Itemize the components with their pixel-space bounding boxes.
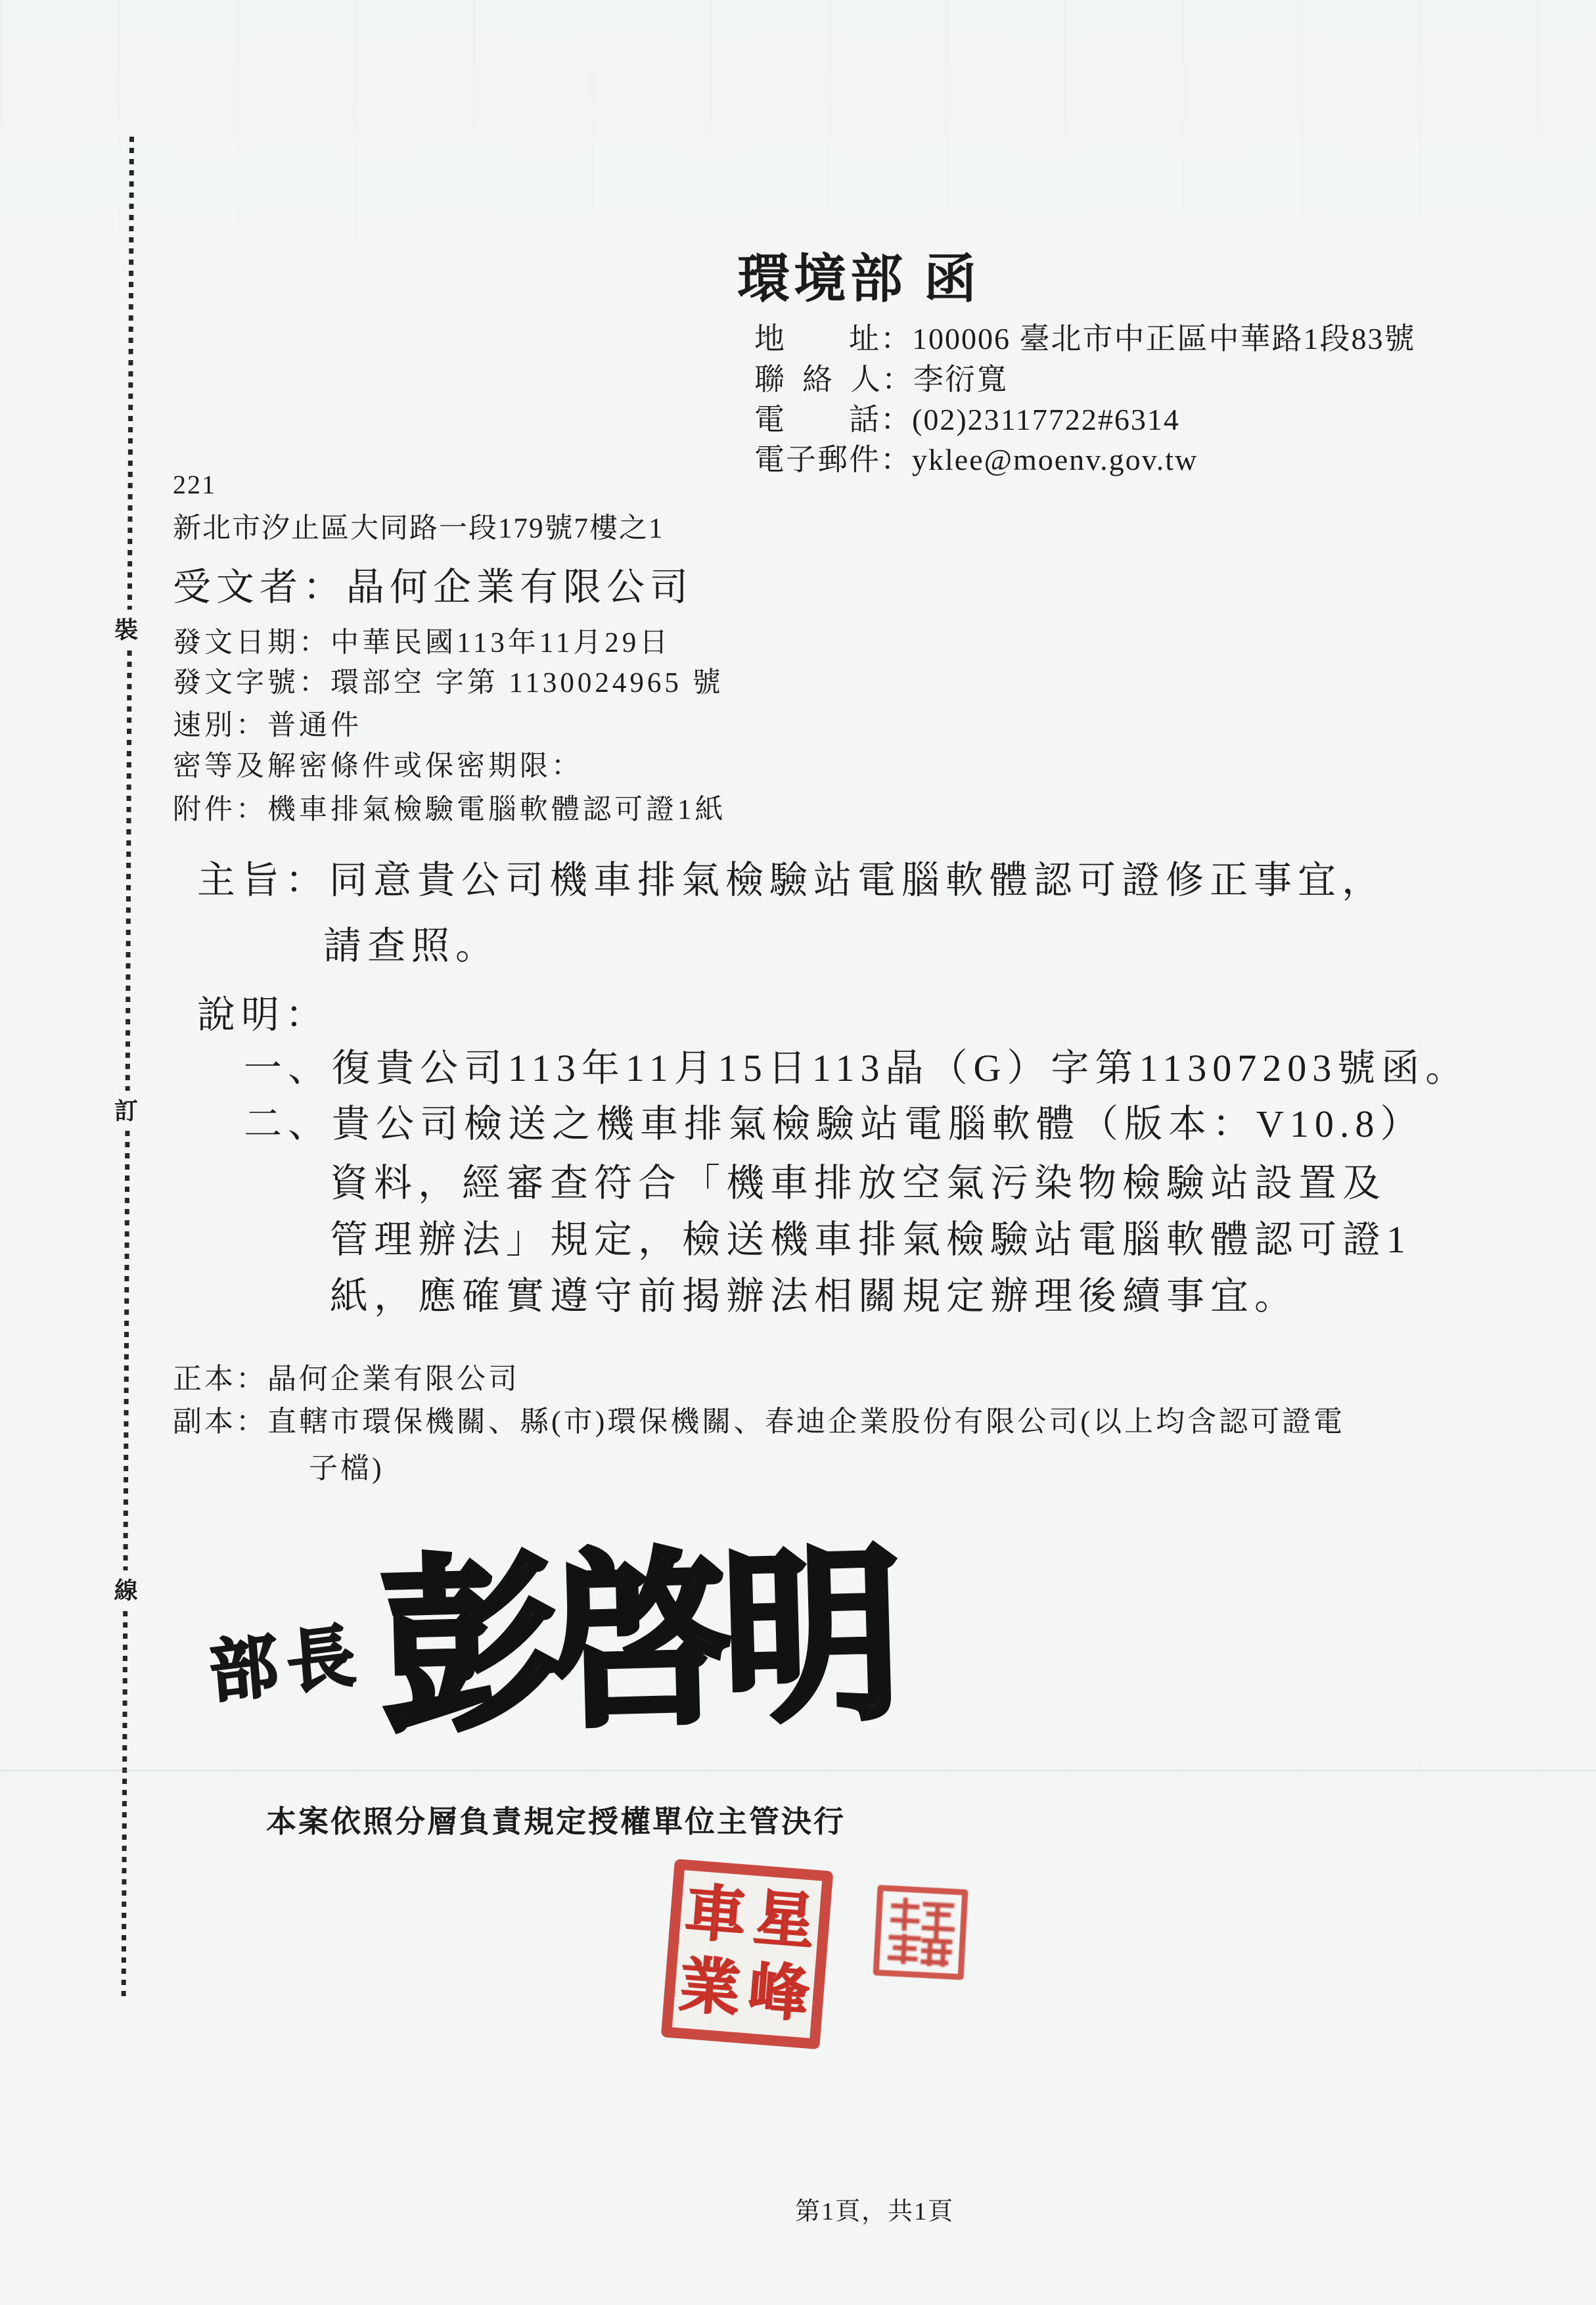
page-number-footer: 第1頁，共1頁: [795, 2191, 954, 2227]
copy-cc-line-1: 副本：直轄市環保機關、縣(市)環保機關、春迪企業股份有限公司(以上均含認可證電: [173, 1398, 1345, 1440]
minister-title-calligraphy: 部長: [205, 1599, 367, 1716]
meta-attachment: 附件：機車排氣檢驗電腦軟體認可證1紙: [173, 787, 727, 827]
binding-label-zhuang: 裝: [112, 609, 140, 647]
binding-label-xian: 線: [112, 1570, 140, 1608]
meta-issue-date: 發文日期：中華民國113年11月29日: [173, 620, 671, 660]
explanation-item-2-line-4: 紙，應確實遵守前揭辦法相關規定辦理後續事宜。: [330, 1265, 1298, 1320]
company-seal-char: 星: [752, 1886, 817, 1955]
binding-label-ding: 訂: [113, 1091, 139, 1128]
agency-address-line: 地 址：100006 臺北市中正區中華路1段83號: [754, 315, 1416, 358]
explanation-heading: 說明：: [197, 984, 329, 1039]
company-seal-left-column: 車 業: [677, 1877, 748, 2026]
agency-contact-line: 聯 絡 人：李衍寬: [754, 355, 1008, 399]
explanation-item-2-line-2: 資料，經審查符合「機車排放空氣污染物檢驗站設置及: [330, 1152, 1386, 1207]
subject-line-1: 主旨：同意貴公司機車排氣檢驗站電腦軟體認可證修正事宜，: [197, 849, 1386, 904]
personal-seal-stamp: [873, 1884, 968, 1980]
agency-phone-line: 電 話：(02)23117722#6314: [754, 396, 1180, 439]
personal-seal-glyphs: [879, 1891, 962, 1974]
meta-doc-number: 發文字號：環部空 字第 1130024965 號: [173, 660, 724, 700]
agency-email-line: 電子郵件：yklee@moenv.gov.tw: [754, 436, 1198, 479]
recipient-postal-code: 221: [173, 469, 216, 500]
binding-dotted-line: [122, 137, 134, 1997]
recipient-line: 受文者：晶何企業有限公司: [173, 556, 693, 611]
minister-signature-calligraphy: 彭啓明: [378, 1535, 896, 1752]
explanation-item-1: 一、復貴公司113年11月15日113晶（G）字第11307203號函。: [244, 1037, 1469, 1092]
copy-original-line: 正本：晶何企業有限公司: [173, 1355, 520, 1397]
authorization-note: 本案依照分層負責規定授權單位主管決行: [266, 1798, 846, 1841]
company-seal-right-column: 星 峰: [746, 1882, 817, 2031]
company-seal-char: 車: [683, 1881, 748, 1950]
explanation-item-2-line-3: 管理辦法」規定，檢送機車排氣檢驗站電腦軟體認可證1: [330, 1208, 1411, 1264]
company-seal-char: 峰: [746, 1959, 811, 2027]
document-page: 裝 訂 線 環境部 函 地 址：100006 臺北市中正區中華路1段83號 聯 …: [0, 0, 1596, 2305]
agency-title: 環境部 函: [737, 237, 980, 312]
meta-security: 密等及解密條件或保密期限：: [173, 744, 583, 784]
recipient-address: 新北市汐止區大同路一段179號7樓之1: [173, 506, 664, 546]
scan-artifact-streak: [0, 1769, 1596, 1771]
explanation-item-2-line-1: 二、貴公司檢送之機車排氣檢驗站電腦軟體（版本：V10.8）: [244, 1093, 1424, 1148]
company-seal-stamp: 車 業 星 峰: [661, 1859, 834, 2049]
company-seal-char: 業: [677, 1953, 742, 2022]
copy-cc-line-2: 子檔): [309, 1444, 384, 1486]
meta-priority: 速別：普通件: [173, 703, 362, 743]
subject-line-2: 請查照。: [323, 915, 499, 970]
